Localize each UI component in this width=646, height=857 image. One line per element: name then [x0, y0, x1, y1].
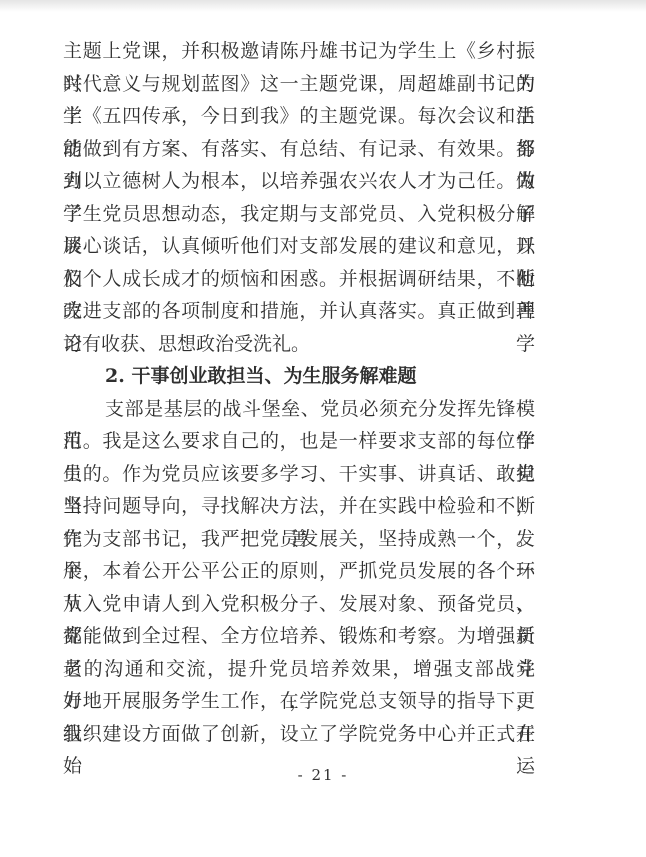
- text-line: 上《五四传承，今日到我》的主题党课。每次会议和活动都: [63, 100, 535, 133]
- text-line: 员的。作为党员应该要多学习、干实事、讲真话、敢担当，: [63, 458, 535, 491]
- text-line: 作为支部书记，我严把党员发展关，坚持成熟一个，发展一: [63, 523, 535, 556]
- page-top-edge: [0, 0, 646, 12]
- text-line: 用。我是这么要求自己的，也是一样要求支部的每位学生党: [63, 425, 535, 458]
- text-line: 从入党申请人到入党积极分子、发展对象、预备党员、党员: [63, 588, 535, 621]
- text-line: 学生党员思想动态，我定期与支部党员、入党积极分子展开: [63, 198, 535, 231]
- text-line: 能做到有方案、有落实、有总结、有记录、有效果。努力做: [63, 133, 535, 166]
- text-line: 员的沟通和交流，提升党员培养效果，增强支部战斗力，更: [63, 653, 535, 686]
- document-page: 主题上党课，并积极邀请陈丹雄书记为学生上《乡村振兴的时代意义与规划蓝图》这一主题…: [0, 0, 646, 857]
- text-line: 坚持问题导向，寻找解决方法，并在实践中检验和不断完善。: [63, 490, 535, 523]
- text-line: 们个人成长成才的烦恼和困惑。并根据调研结果，不断完善: [63, 263, 535, 296]
- page-number: - 21 -: [0, 766, 646, 784]
- text-line: 组织建设方面做了创新，设立了学院党务中心并正式开始运: [63, 718, 535, 751]
- text-line: 主题上党课，并积极邀请陈丹雄书记为学生上《乡村振兴的: [63, 35, 535, 68]
- page-text-block: 主题上党课，并积极邀请陈丹雄书记为学生上《乡村振兴的时代意义与规划蓝图》这一主题…: [63, 35, 535, 750]
- text-line: 谈心谈话，认真倾听他们对支部发展的建议和意见，以及他: [63, 230, 535, 263]
- text-line: 改进支部的各项制度和措施，并认真落实。真正做到理论学: [63, 295, 535, 328]
- text-line: 支部是基层的战斗堡垒、党员必须充分发挥先锋模范作: [63, 393, 535, 426]
- text-line: 好地开展服务学生工作，在学院党总支领导的指导下，我在: [63, 685, 535, 718]
- text-line: 都能做到全过程、全方位培养、锻炼和考察。为增强新老党: [63, 620, 535, 653]
- text-line: 个，本着公开公平公正的原则，严抓党员发展的各个环节，: [63, 555, 535, 588]
- text-line: 时代意义与规划蓝图》这一主题党课，周超雄副书记为学生: [63, 68, 535, 101]
- section-heading: 2. 干事创业敢担当、为生服务解难题: [63, 360, 535, 393]
- text-line: 到以立德树人为根本，以培养强农兴农人才为己任。为了解: [63, 165, 535, 198]
